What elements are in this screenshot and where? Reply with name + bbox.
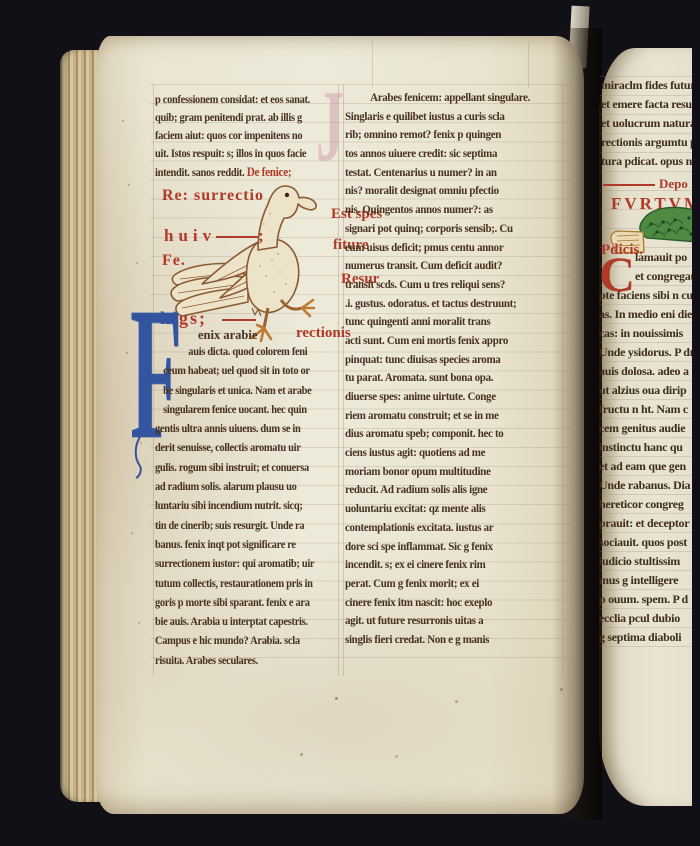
text-line: sociauit. quos post [599, 535, 692, 554]
text-line: luntariu sibi incendium nutrit. sicq; [155, 499, 314, 518]
text-line: agit. ut future resurronis uitas a [345, 613, 530, 632]
margin-prickings [122, 120, 124, 122]
text-line: cas: in nouissimis [599, 326, 692, 345]
text-line: surrectionem iustor: qui aromatib; uir [155, 557, 314, 576]
text-line: Unde ysidorus. P dr [599, 345, 692, 364]
text-line: p ouum. spem. P d [599, 592, 692, 611]
text-line: Arabes fenicem: appellant singulare. [345, 90, 530, 109]
text-line: testat. Centenarius u numer? in an [345, 165, 530, 184]
text-line: hereticor congreg [599, 497, 692, 516]
text-line: nis. Quingentos annos numer?: as [345, 202, 530, 221]
text-line: goris p morte sibi sparant. fenix e ara [155, 596, 314, 615]
text-line: ad radium solis. alarum plausu uo [155, 480, 314, 499]
text-line: perat. Cum g fenix morit; ex ei [345, 576, 530, 595]
text-line: ciens iustus agit: quotiens ad me [345, 445, 530, 464]
text-line: nis? moralit designat omniu pfectio [345, 183, 530, 202]
text-line: auis dolosa. adeo a [599, 364, 692, 383]
rubric-huis-red: gs; [179, 308, 207, 328]
rubric-depo-text: Depo [659, 176, 688, 191]
text-line: Singlaris e quilibet iustus a curis scla [345, 109, 530, 128]
text-line: gulis. rogum sibi instruit; et conuersa [155, 461, 314, 480]
left-column-paragraph1: p confessionem considat: et eos sanat.qu… [155, 93, 327, 183]
text-line: tura pdicat. opus na [601, 154, 692, 173]
parchment-specks [335, 697, 338, 700]
rubric-huius-text: huiv [164, 226, 216, 245]
rubric-resurrectio: Re: surrectio [162, 187, 264, 205]
text-line: as. In medio eni die [599, 307, 692, 326]
text-line: lamauit po [635, 250, 692, 269]
text-line: transit scds. Cum u tres reliqui sens? [345, 277, 530, 296]
rubric-huius: huiv; [164, 226, 269, 246]
right-page-top-lines: miraclm fides futuret emere facta resuet… [601, 78, 692, 173]
text-line: iudicio stultissim [599, 554, 692, 573]
text-line: banus. fenix inqt pot significare re [155, 538, 314, 557]
right-column: Arabes fenicem: appellant singulare.Sing… [345, 90, 544, 651]
text-line: signari pot quinq; corporis sensib;. Cu [345, 221, 530, 240]
text-line: rectionis argumtu p [601, 135, 692, 154]
rubric-fe: Fe. [162, 252, 186, 270]
text-line: p confessionem considat: et eos sanat. [155, 93, 310, 111]
rubric-huius-tail: ; [258, 226, 269, 245]
text-line: ceum habeat; uel quod sit in toto or [155, 364, 314, 383]
text-line: pte faciens sibi n cu [599, 288, 692, 307]
rubric-dashes [222, 319, 256, 321]
rubric-dash [603, 184, 655, 186]
text-line: et ad eam que gen [599, 459, 692, 478]
text-line: ut alzius oua dirip [599, 383, 692, 402]
text-line: dius aromatu speb; componit. hec to [345, 426, 530, 445]
text-line: fructu n ht. Nam c [599, 402, 692, 421]
paragraph-lines: p confessionem considat: et eos sanat.qu… [155, 93, 327, 165]
text-line: gentis ultra annis uiuens. dum se in [155, 422, 314, 441]
text-line: tunc quingenti anni moralit trans [345, 314, 530, 333]
text-line: faciem aiut: quos cor impenitens no [155, 129, 310, 147]
text-line: incendit. s; ex ei cinere fenix rim [345, 557, 530, 576]
text-line: derit senuisse, collectis aromatu uir [155, 441, 314, 460]
rubric-de-fenice: De fenice; [247, 165, 292, 179]
vertical-rule [562, 84, 563, 676]
text-line: pinquat: tunc diuisas species aroma [345, 352, 530, 371]
rubric-depo: Depo [603, 176, 688, 192]
text-line: reducit. Ad radium solis alis igne [345, 482, 530, 501]
text-line: tin de cinerib; suis resurgit. Unde ra [155, 519, 314, 538]
text-line: moriam bonor opum multitudine [345, 464, 530, 483]
text-line: bie auis. Arabia u interptat capestris. [155, 615, 314, 634]
text-line: be singularis et unica. Nam et arabe [155, 384, 314, 403]
text-line: rib; omnino remot? fenix p quingen [345, 127, 530, 146]
rubric-flourish [216, 236, 258, 238]
text-line: prauit: et deceptor sib [599, 516, 692, 535]
text-line: risuita. Arabes seculares. [155, 654, 314, 673]
text-line: diuerse spes: anime uirtute. Conge [345, 389, 530, 408]
parchment-crease [528, 42, 529, 88]
left-column-paragraph2: auis dicta. quod colorem feniceum habeat… [155, 345, 332, 673]
initial-flourish [132, 432, 146, 480]
text-line: singularem fenice uocant. hec quin [155, 403, 314, 422]
text-line: singlis fieri credat. Non e g manis [345, 632, 530, 651]
right-page-bottom-lines: pte faciens sibi n cuas. In medio eni di… [599, 288, 692, 649]
text-line: tos annos uiuere credit: sic septima [345, 146, 530, 165]
text-line: dore sci spe inflammat. Sic g fenix [345, 539, 530, 558]
text-line: Campus e hic mundo? Arabia. scla [155, 634, 314, 653]
text-line: et uolucrum natura [601, 116, 692, 135]
text-line: et congregau [635, 269, 692, 288]
text-enix-arabie: enix arabie [198, 328, 257, 343]
text-line: miraclm fides futur [601, 78, 692, 97]
manuscript-photo: J p confessionem considat: et eos sanat.… [0, 0, 700, 846]
text-line: .i. gustus. odoratus. et tactus destruun… [345, 296, 530, 315]
parchment-crease [372, 40, 373, 88]
text-line: g septima diaboli [599, 630, 692, 649]
text-line: numerus transit. Cum deficit audit? [345, 258, 530, 277]
rubric-rectionis: rectionis [296, 325, 351, 342]
right-page-content: miraclm fides futuret emere facta resuet… [599, 48, 692, 806]
text-line: cinere fenix itm nascit: hoc exeplo [345, 595, 530, 614]
text-line: acti sunt. Cum eni mortis fenix appro [345, 333, 530, 352]
text-line: contemplationis excitata. iustus ar [345, 520, 530, 539]
text-line: tutum collectis, restaurationem pris in [155, 577, 314, 596]
text-line: eum uisus deficit; pmus centu annor [345, 240, 530, 259]
text-line: auis dicta. quod colorem feni [155, 345, 314, 364]
text-line: Unde rabanus. Dia [599, 478, 692, 497]
clamauit-lines: lamauit poet congregau [635, 250, 692, 288]
text-line: riem aromatu construit; et se in me [345, 408, 530, 427]
text-line: cem genitus audie [599, 421, 692, 440]
text-line: ecclia pcul dubio [599, 611, 692, 630]
text-line: uit. Istos respuit: s; illos in quos fac… [155, 147, 310, 165]
text-line: et emere facta resu [601, 97, 692, 116]
text-line: tu parat. Aromata. sunt bona opa. [345, 370, 530, 389]
text-line: mus g intelligere [599, 573, 692, 592]
text-line: instinctu hanc qu [599, 440, 692, 459]
line-text: intendit. sanos reddit. [155, 166, 247, 179]
text-line: quib; gram penitendi prat. ab illis g [155, 111, 310, 129]
text-line: uoluntariu excitat: qz mente alis [345, 501, 530, 520]
